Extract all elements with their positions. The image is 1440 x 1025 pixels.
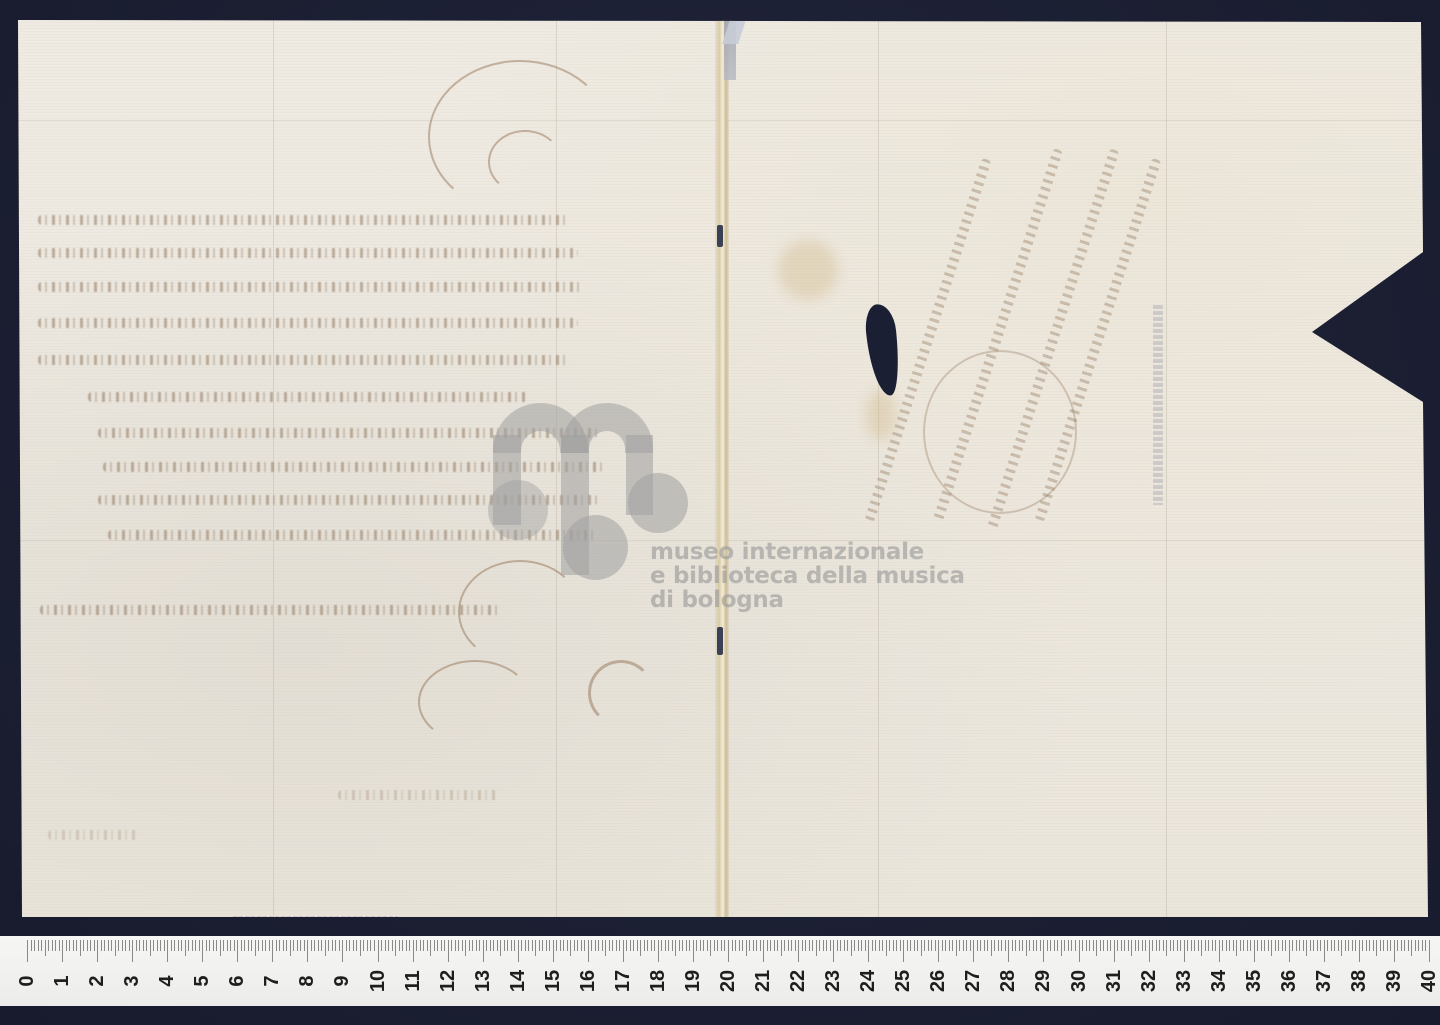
ruler-tick [623, 940, 624, 962]
ruler-tick [721, 940, 722, 951]
ruler-tick [1103, 940, 1104, 951]
ruler-tick [668, 940, 669, 951]
ruler-tick [87, 940, 88, 951]
ruler-tick [549, 940, 550, 951]
ruler-tick [1131, 940, 1132, 956]
ruler-tick [854, 940, 855, 951]
ruler-tick [381, 940, 382, 951]
ruler-tick [1383, 940, 1384, 951]
ruler-tick [577, 940, 578, 951]
ruler-tick [924, 940, 925, 951]
ruler-tick [858, 940, 859, 951]
ruler-tick [977, 940, 978, 951]
handwriting-line [38, 248, 578, 258]
ruler-tick [830, 940, 831, 951]
ruler-label: 6 [220, 964, 254, 998]
logo-notehead [488, 480, 548, 540]
ruler-tick [696, 940, 697, 951]
ruler-tick [132, 940, 133, 962]
ruler-tick [59, 940, 60, 951]
ruler-label: 16 [571, 964, 605, 998]
ruler-tick [703, 940, 704, 951]
ruler-label: 19 [676, 964, 710, 998]
ruler-tick [591, 940, 592, 951]
ruler-tick [798, 940, 799, 962]
ruler-tick [1278, 940, 1279, 951]
ruler-tick [882, 940, 883, 951]
ruler-tick [1198, 940, 1199, 951]
ruler-tick [1068, 940, 1069, 951]
ruler-tick [1355, 940, 1356, 951]
ruler-tick [367, 940, 368, 951]
ruler-tick [560, 940, 561, 951]
ruler-tick [227, 940, 228, 951]
ruler-tick [269, 940, 270, 951]
ruler-tick [1107, 940, 1108, 951]
ruler-tick [1271, 940, 1272, 956]
ruler-tick [388, 940, 389, 951]
ruler-tick [1369, 940, 1370, 951]
ruler-tick [1264, 940, 1265, 951]
ruler-label: 28 [991, 964, 1025, 998]
ruler-tick [451, 940, 452, 951]
ruler-tick [251, 940, 252, 951]
ruler-tick [1180, 940, 1181, 951]
ruler-tick [781, 940, 782, 956]
ruler-tick [777, 940, 778, 951]
ruler-tick [1001, 940, 1002, 951]
ruler-tick [66, 940, 67, 951]
ruler-tick [532, 940, 533, 951]
ruler-tick [80, 940, 81, 956]
ruler-tick [1324, 940, 1325, 962]
ruler-tick [402, 940, 403, 951]
ruler-label: 29 [1026, 964, 1060, 998]
ruler-tick [325, 940, 326, 956]
ruler-tick [1282, 940, 1283, 951]
ruler-tick [335, 940, 336, 951]
ruler-tick [542, 940, 543, 951]
ink-flourish [588, 660, 654, 726]
ruler-tick [1093, 940, 1094, 951]
center-fold [715, 20, 729, 917]
ruler-tick [1086, 940, 1087, 951]
ruler-tick [889, 940, 890, 951]
watermark-line-3: di bologna [650, 588, 965, 612]
ruler-tick [1306, 940, 1307, 956]
fold-mark [717, 225, 723, 247]
ruler-tick [430, 940, 431, 956]
ruler-tick [788, 940, 789, 951]
ruler-label: 12 [431, 964, 465, 998]
ruler-tick [101, 940, 102, 951]
ruler-tick [991, 940, 992, 956]
ruler-tick [970, 940, 971, 951]
ruler-tick [774, 940, 775, 951]
ruler-tick [812, 940, 813, 951]
ruler-tick [136, 940, 137, 951]
ruler-tick [619, 940, 620, 951]
ruler-tick [1275, 940, 1276, 951]
ruler-tick [511, 940, 512, 951]
ruler-tick [945, 940, 946, 951]
ruler-tick [966, 940, 967, 951]
ruler-tick [1050, 940, 1051, 951]
ruler-tick [665, 940, 666, 951]
ruler-tick [809, 940, 810, 951]
ruler-label: 37 [1307, 964, 1341, 998]
ruler-tick [651, 940, 652, 951]
ruler-tick [1117, 940, 1118, 951]
ruler-tick [223, 940, 224, 951]
ruler-tick [353, 940, 354, 951]
ruler-tick [125, 940, 126, 951]
ruler-tick [689, 940, 690, 951]
ruler-tick [1415, 940, 1416, 951]
ruler-tick [1215, 940, 1216, 951]
ruler-tick [1005, 940, 1006, 951]
ruler-tick [518, 940, 519, 962]
fold-crease [878, 20, 879, 917]
ruler-label: 25 [886, 964, 920, 998]
ruler-tick [1135, 940, 1136, 951]
ruler-tick [462, 940, 463, 951]
ruler-tick [717, 940, 718, 951]
ruler-label: 38 [1342, 964, 1376, 998]
ruler-tick [1012, 940, 1013, 951]
ruler-tick [38, 940, 39, 951]
ruler-tick [1015, 940, 1016, 951]
ruler-tick [987, 940, 988, 951]
ruler-tick [861, 940, 862, 951]
ruler-tick [76, 940, 77, 951]
ruler-tick [770, 940, 771, 951]
ruler-tick [753, 940, 754, 951]
ruler-tick [528, 940, 529, 951]
ruler-tick [118, 940, 119, 951]
ruler-tick [1261, 940, 1262, 951]
ruler-tick [938, 940, 939, 962]
ruler-tick [595, 940, 596, 951]
ruler-tick [1380, 940, 1381, 951]
ruler-tick [588, 940, 589, 962]
ruler-label: 39 [1377, 964, 1411, 998]
ruler-tick [1390, 940, 1391, 951]
ruler-tick [1233, 940, 1234, 951]
ruler-tick [893, 940, 894, 951]
ruler-tick [1156, 940, 1157, 951]
ruler-label: 14 [501, 964, 535, 998]
ruler-tick [1184, 940, 1185, 962]
ruler-tick [1124, 940, 1125, 951]
ruler-tick [1208, 940, 1209, 951]
ruler-tick [1387, 940, 1388, 951]
ruler-tick [851, 940, 852, 956]
ruler-tick [1317, 940, 1318, 951]
ruler-tick [942, 940, 943, 951]
ruler-label: 7 [255, 964, 289, 998]
ruler-tick [1079, 940, 1080, 962]
ruler-tick [1064, 940, 1065, 951]
ruler-tick [392, 940, 393, 951]
ruler-tick [328, 940, 329, 951]
ruler-tick [609, 940, 610, 951]
ruler-tick [735, 940, 736, 951]
ruler-tick [1047, 940, 1048, 951]
ruler-label: 0 [10, 964, 44, 998]
ruler-tick [206, 940, 207, 951]
ruler-tick [1040, 940, 1041, 951]
ruler-tick [1128, 940, 1129, 951]
ruler-tick [122, 940, 123, 951]
ruler-tick [644, 940, 645, 951]
ruler-tick [1057, 940, 1058, 951]
ruler-tick [1163, 940, 1164, 951]
ruler-tick [342, 940, 343, 962]
ruler-tick [94, 940, 95, 951]
ruler-tick [868, 940, 869, 962]
measuring-ruler: 0123456789101112131415161718192021222324… [0, 936, 1440, 1006]
ruler-tick [724, 940, 725, 951]
ruler-tick [1362, 940, 1363, 951]
ruler-tick [1247, 940, 1248, 951]
ruler-tick [178, 940, 179, 951]
ruler-tick [1327, 940, 1328, 951]
ruler-label: 33 [1167, 964, 1201, 998]
ruler-tick [153, 940, 154, 951]
ruler-tick [234, 940, 235, 951]
ruler-tick [661, 940, 662, 951]
handwriting-line [38, 355, 568, 365]
ruler-tick [672, 940, 673, 951]
ruler-tick [483, 940, 484, 962]
ruler-tick [1114, 940, 1115, 962]
ruler-tick [1191, 940, 1192, 951]
ruler-tick [45, 940, 46, 956]
ruler-tick [1341, 940, 1342, 956]
ruler-tick [1348, 940, 1349, 951]
ruler-label: 13 [466, 964, 500, 998]
ruler-label: 8 [290, 964, 324, 998]
ruler-tick [73, 940, 74, 951]
ruler-tick [31, 940, 32, 951]
ruler-tick [756, 940, 757, 951]
ruler-tick [760, 940, 761, 951]
ruler-tick [1226, 940, 1227, 951]
ruler-tick [311, 940, 312, 951]
ruler-tick [283, 940, 284, 951]
ruler-tick [1212, 940, 1213, 951]
ruler-tick [339, 940, 340, 951]
ruler-tick [952, 940, 953, 951]
ruler-tick [202, 940, 203, 962]
ruler-tick [914, 940, 915, 951]
ruler-label: 4 [150, 964, 184, 998]
ruler-tick [167, 940, 168, 962]
ruler-tick [795, 940, 796, 951]
ruler-tick [805, 940, 806, 951]
ruler-tick [563, 940, 564, 951]
ruler-tick [1373, 940, 1374, 951]
ruler-tick [192, 940, 193, 951]
ruler-tick [816, 940, 817, 956]
ruler-tick [998, 940, 999, 951]
paper-stain [778, 240, 838, 300]
ruler-tick [276, 940, 277, 951]
ruler-tick [1334, 940, 1335, 951]
ruler-tick [52, 940, 53, 951]
ruler-tick [314, 940, 315, 951]
ruler-tick [143, 940, 144, 951]
ruler-tick [921, 940, 922, 956]
ruler-tick [700, 940, 701, 951]
ruler-tick [248, 940, 249, 951]
ruler-tick [746, 940, 747, 956]
ruler-tick [714, 940, 715, 951]
ruler-tick [427, 940, 428, 951]
ruler-tick [1257, 940, 1258, 951]
ruler-tick [486, 940, 487, 951]
ruler-tick [1313, 940, 1314, 951]
ruler-tick [437, 940, 438, 951]
ruler-label: 31 [1097, 964, 1131, 998]
ruler-tick [802, 940, 803, 951]
ruler-tick [742, 940, 743, 951]
ruler-tick [455, 940, 456, 951]
watermark-line-1: museo internazionale [650, 540, 965, 564]
ruler-tick [34, 940, 35, 951]
ruler-label: 26 [921, 964, 955, 998]
ruler-tick [693, 940, 694, 962]
ruler-tick [188, 940, 189, 951]
ruler-tick [241, 940, 242, 951]
ruler-tick [115, 940, 116, 956]
ruler-tick [321, 940, 322, 951]
ruler-tick [1194, 940, 1195, 951]
ruler-label: 1 [45, 964, 79, 998]
ruler-label: 10 [361, 964, 395, 998]
ruler-tick [1411, 940, 1412, 956]
ruler-tick [423, 940, 424, 951]
library-stamp [1153, 305, 1163, 505]
ruler-tick [444, 940, 445, 951]
ruler-tick [1285, 940, 1286, 951]
ruler-tick [1145, 940, 1146, 951]
ruler-tick [1268, 940, 1269, 951]
ruler-tick [409, 940, 410, 951]
ruler-tick [1177, 940, 1178, 951]
ruler-tick [476, 940, 477, 951]
ruler-tick [556, 940, 557, 951]
handwriting-line [38, 282, 583, 292]
ruler-tick [1418, 940, 1419, 951]
ruler-tick [875, 940, 876, 951]
ruler-tick [1173, 940, 1174, 951]
ruler-tick [290, 940, 291, 956]
ruler-tick [1082, 940, 1083, 951]
ruler-label: 3 [115, 964, 149, 998]
ruler-tick [160, 940, 161, 951]
ruler-tick [1422, 940, 1423, 951]
ruler-tick [220, 940, 221, 956]
ruler-tick [174, 940, 175, 951]
handwriting-line [40, 605, 500, 615]
ruler-tick [300, 940, 301, 951]
ruler-tick [1019, 940, 1020, 951]
ruler-tick [1036, 940, 1037, 951]
ruler-tick [171, 940, 172, 951]
ruler-tick [1250, 940, 1251, 951]
paper-stain [866, 390, 896, 440]
ruler-tick [1236, 940, 1237, 956]
ruler-tick [490, 940, 491, 951]
ruler-tick [647, 940, 648, 951]
ruler-tick [185, 940, 186, 956]
ruler-tick [97, 940, 98, 962]
ruler-tick [1096, 940, 1097, 956]
ruler-tick [732, 940, 733, 951]
ruler-tick [826, 940, 827, 951]
ruler-tick [469, 940, 470, 951]
ruler-tick [710, 940, 711, 956]
ruler-label: 22 [781, 964, 815, 998]
paper-hole [863, 303, 902, 398]
ruler-tick [458, 940, 459, 951]
ruler-tick [1152, 940, 1153, 951]
ruler-tick [216, 940, 217, 951]
ruler-tick [626, 940, 627, 951]
ruler-tick [129, 940, 130, 951]
ruler-tick [959, 940, 960, 951]
ruler-tick [819, 940, 820, 951]
ruler-tick [307, 940, 308, 962]
ruler-tick [539, 940, 540, 951]
ruler-tick [497, 940, 498, 951]
ruler-tick [374, 940, 375, 951]
ruler-tick [378, 940, 379, 962]
ruler-tick [1254, 940, 1255, 962]
logo-notehead [628, 473, 688, 533]
ruler-tick [150, 940, 151, 956]
ruler-label: 40 [1412, 964, 1440, 998]
ruler-tick [111, 940, 112, 951]
ruler-tick [903, 940, 904, 962]
ruler-tick [297, 940, 298, 951]
ruler-tick [441, 940, 442, 951]
ruler-label: 30 [1062, 964, 1096, 998]
ruler-tick [293, 940, 294, 951]
ruler-tick [1289, 940, 1290, 962]
ruler-tick [640, 940, 641, 956]
ruler-tick [872, 940, 873, 951]
watermark-text: museo internazionale e biblioteca della … [650, 540, 965, 612]
ruler-tick [1121, 940, 1122, 951]
ruler-tick [763, 940, 764, 962]
ruler-tick [833, 940, 834, 962]
ruler-tick [209, 940, 210, 951]
ink-flourish [923, 350, 1077, 514]
ruler-label: 32 [1132, 964, 1166, 998]
handwriting-line [38, 215, 568, 225]
ruler-tick [157, 940, 158, 951]
ruler-tick [1033, 940, 1034, 951]
ruler-tick [62, 940, 63, 962]
ruler-tick [255, 940, 256, 956]
ruler-tick [360, 940, 361, 956]
ruler-tick [865, 940, 866, 951]
ruler-tick [465, 940, 466, 956]
ruler-tick [637, 940, 638, 951]
